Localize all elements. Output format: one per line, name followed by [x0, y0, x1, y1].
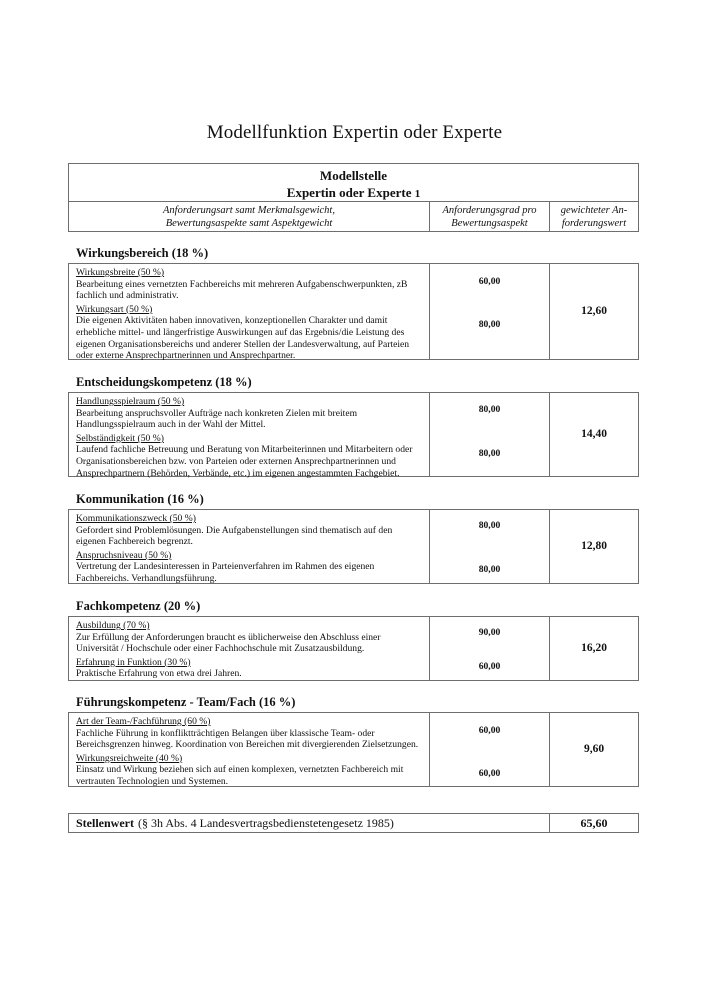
aspect: Erfahrung in Funktion (30 %) Praktische … [76, 657, 423, 680]
aspect-name: Wirkungsart (50 %) [76, 304, 423, 316]
weighted-value: 12,60 [550, 264, 638, 359]
aspects-cell: Kommunikationszweck (50 %) Gefordert sin… [69, 510, 430, 583]
aspect-name: Wirkungsreichweite (40 %) [76, 753, 423, 765]
total-row: Stellenwert (§ 3h Abs. 4 Landesvertragsb… [68, 813, 639, 833]
section-title-fuehrungskompetenz: Führungskompetenz - Team/Fach (16 %) [76, 695, 295, 710]
grade-value: 80,00 [430, 564, 549, 576]
weighted-value: 16,20 [550, 617, 638, 680]
aspect: Selbständigkeit (50 %) Laufend fachliche… [76, 433, 423, 479]
aspect: Wirkungsbreite (50 %) Bearbeitung eines … [76, 267, 423, 302]
grade-value: 80,00 [430, 448, 549, 460]
aspects-cell: Art der Team-/Fachführung (60 %) Fachlic… [69, 713, 430, 786]
aspect-text: Bearbeitung anspruchsvoller Aufträge nac… [76, 408, 357, 431]
page-title: Modellfunktion Expertin oder Experte [0, 122, 709, 144]
section-kommunikation: Kommunikationszweck (50 %) Gefordert sin… [68, 509, 639, 584]
aspect: Kommunikationszweck (50 %) Gefordert sin… [76, 513, 423, 548]
aspect-name: Wirkungsbreite (50 %) [76, 267, 423, 279]
aspect-name: Erfahrung in Funktion (30 %) [76, 657, 423, 669]
section-fachkompetenz: Ausbildung (70 %) Zur Erfüllung der Anfo… [68, 616, 639, 681]
total-label: Stellenwert [76, 816, 134, 831]
section-wirkungsbereich: Wirkungsbreite (50 %) Bearbeitung eines … [68, 263, 639, 360]
aspect-text: Praktische Erfahrung von etwa drei Jahre… [76, 668, 242, 679]
aspect-name: Selbständigkeit (50 %) [76, 433, 423, 445]
aspect-text: Zur Erfüllung der Anforderungen braucht … [76, 632, 381, 655]
aspect-text: Fachliche Führung in konfliktträchtigen … [76, 728, 418, 751]
grade-value: 60,00 [430, 661, 549, 673]
weighted-value: 9,60 [550, 713, 638, 786]
column-header-requirement: Anforderungsart samt Merkmalsgewicht,Bew… [69, 202, 430, 231]
grade-value: 80,00 [430, 404, 549, 416]
grades-cell: 90,00 60,00 [430, 617, 550, 680]
grade-value: 80,00 [430, 319, 549, 331]
section-title-wirkungsbereich: Wirkungsbereich (18 %) [76, 246, 208, 261]
aspect: Handlungsspielraum (50 %) Bearbeitung an… [76, 396, 423, 431]
grades-cell: 60,00 60,00 [430, 713, 550, 786]
section-title-entscheidungskompetenz: Entscheidungskompetenz (18 %) [76, 375, 252, 390]
total-legal-reference: (§ 3h Abs. 4 Landesvertragsbediensteteng… [138, 816, 394, 831]
aspect: Anspruchsniveau (50 %) Vertretung der La… [76, 550, 423, 585]
grades-cell: 60,00 80,00 [430, 264, 550, 359]
section-title-fachkompetenz: Fachkompetenz (20 %) [76, 599, 200, 614]
section-fuehrungskompetenz: Art der Team-/Fachführung (60 %) Fachlic… [68, 712, 639, 787]
aspect-text: Einsatz und Wirkung beziehen sich auf ei… [76, 764, 403, 787]
aspects-cell: Ausbildung (70 %) Zur Erfüllung der Anfo… [69, 617, 430, 680]
aspect: Wirkungsart (50 %) Die eigenen Aktivität… [76, 304, 423, 362]
aspect-text: Gefordert sind Problemlösungen. Die Aufg… [76, 525, 392, 548]
aspect-text: Die eigenen Aktivitäten haben innovative… [76, 315, 409, 361]
aspects-cell: Wirkungsbreite (50 %) Bearbeitung eines … [69, 264, 430, 359]
aspect-name: Handlungsspielraum (50 %) [76, 396, 423, 408]
section-title-kommunikation: Kommunikation (16 %) [76, 492, 204, 507]
aspect-text: Vertretung der Landesinteressen in Parte… [76, 561, 374, 584]
aspect-name: Anspruchsniveau (50 %) [76, 550, 423, 562]
table-column-headers: Anforderungsart samt Merkmalsgewicht,Bew… [68, 201, 639, 232]
total-value: 65,60 [550, 814, 638, 832]
footnote-mark: 1 [415, 188, 421, 200]
aspect-name: Kommunikationszweck (50 %) [76, 513, 423, 525]
aspect-name: Art der Team-/Fachführung (60 %) [76, 716, 423, 728]
grade-value: 60,00 [430, 725, 549, 737]
aspect-text: Bearbeitung eines vernetzten Fachbereich… [76, 279, 407, 302]
weighted-value: 14,40 [550, 393, 638, 476]
grade-value: 80,00 [430, 520, 549, 532]
table-header-title: Modellstelle Expertin oder Experte 1 [68, 163, 639, 202]
grades-cell: 80,00 80,00 [430, 510, 550, 583]
grade-value: 90,00 [430, 627, 549, 639]
aspect-text: Laufend fachliche Betreuung und Beratung… [76, 444, 412, 478]
grade-value: 60,00 [430, 768, 549, 780]
grade-value: 60,00 [430, 276, 549, 288]
column-header-grade: Anforderungsgrad proBewertungsaspekt [430, 202, 550, 231]
grades-cell: 80,00 80,00 [430, 393, 550, 476]
aspect: Art der Team-/Fachführung (60 %) Fachlic… [76, 716, 423, 751]
header-line-1: Modellstelle [69, 167, 638, 184]
total-label-cell: Stellenwert (§ 3h Abs. 4 Landesvertragsb… [69, 814, 550, 832]
aspect: Ausbildung (70 %) Zur Erfüllung der Anfo… [76, 620, 423, 655]
aspect-name: Ausbildung (70 %) [76, 620, 423, 632]
aspect: Wirkungsreichweite (40 %) Einsatz und Wi… [76, 753, 423, 788]
weighted-value: 12,80 [550, 510, 638, 583]
section-entscheidungskompetenz: Handlungsspielraum (50 %) Bearbeitung an… [68, 392, 639, 477]
column-header-weighted-value: gewichteter An-forderungswert [550, 202, 638, 231]
aspects-cell: Handlungsspielraum (50 %) Bearbeitung an… [69, 393, 430, 476]
